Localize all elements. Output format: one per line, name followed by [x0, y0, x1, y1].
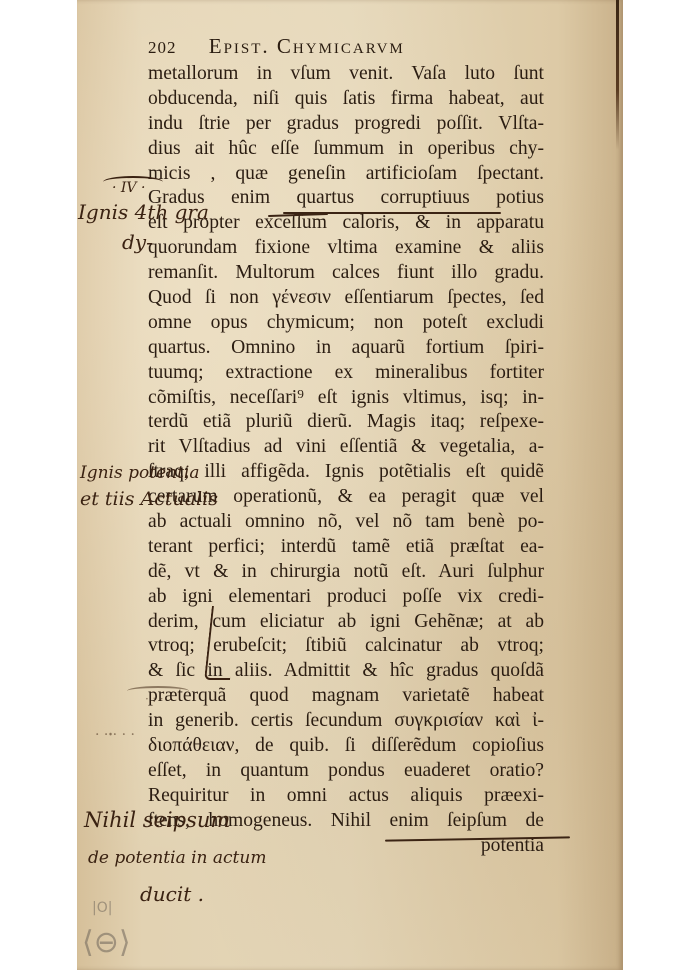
- text-line: remanſit. Multorum calces fiunt illo gra…: [148, 261, 544, 286]
- text-line: micis , quæ geneſin artificioſam ſpectan…: [148, 162, 544, 187]
- text-line: Requiritur in omni actus aliquis præexi-: [148, 784, 544, 809]
- library-stamp-icon: ⟨⊖⟩: [82, 925, 131, 960]
- text-line: indu ſtrie per gradus progredi poſſit. V…: [148, 112, 544, 137]
- text-line: cõmiſtis, neceſſari⁹ eſt ignis vltimus, …: [148, 386, 544, 411]
- text-line: ab actuali omnino nõ, vel nõ tam benè po…: [148, 510, 544, 535]
- page-number: 202: [148, 38, 177, 57]
- text-line: eſſet, in quantum pondus euaderet oratio…: [148, 759, 544, 784]
- margin-numeral: · IV ·: [112, 180, 145, 196]
- margin-note-ignis-gradus-cont: dy-: [122, 230, 153, 254]
- text-line: ab igni elementari produci poſſe vix cre…: [148, 585, 544, 610]
- margin-note-ducit: ducit .: [140, 882, 204, 906]
- text-line: διοπάθειαν, de quib. ſi diſſerẽdum copio…: [148, 734, 544, 759]
- text-line: in generib. certis ſecundum συγκρισίαν κ…: [148, 709, 544, 734]
- text-line: derim, cum eliciatur ab igni Gehẽnæ; at …: [148, 610, 544, 635]
- text-line: metallorum in vſum venit. Vaſa luto ſunt: [148, 62, 544, 87]
- text-line: terant perfici; interdũ tamẽ etiã præſta…: [148, 535, 544, 560]
- text-line: terdũ etiã pluriũ dierũ. Magis itaq; reſ…: [148, 410, 544, 435]
- text-line: rit Vlſtadius ad vini eſſentiã & vegetal…: [148, 435, 544, 460]
- text-line: ſtraq; illi affigẽda. Ignis potẽtialis e…: [148, 460, 544, 485]
- text-line: quartus. Omnino in aquarũ fortium ſpiri-: [148, 336, 544, 361]
- text-line: tuumq; extractione ex mineralibus fortit…: [148, 361, 544, 386]
- text-line: Quod ſi non γένεσιν eſſentiarum ſpectes,…: [148, 286, 544, 311]
- faint-note: · ꞉ ·: [145, 692, 164, 707]
- text-line: dius ait hûc eſſe ſummum in operibus chy…: [148, 137, 544, 162]
- faint-note: · ·ꞏ· · ·: [95, 725, 135, 744]
- margin-note-nihil-seipsum: Nihil seipsum: [84, 808, 230, 832]
- text-line: præterquã quod magnam varietatẽ habeat: [148, 684, 544, 709]
- running-head: Epist. Chymicarvm: [209, 34, 405, 58]
- text-line: obducenda, niſi quis ſatis firma habeat,…: [148, 87, 544, 112]
- margin-note-de-potentia: de potentia in actum: [88, 848, 266, 868]
- text-line: dẽ, vt & in chirurgia notũ eſt. Auri ſul…: [148, 560, 544, 585]
- binding-edge: [616, 0, 619, 150]
- margin-note-actualis: et tiis Actualis: [80, 488, 218, 510]
- text-line: omne opus chymicum; non poteſt excludi: [148, 311, 544, 336]
- margin-note-ignis-potentia: Ignis potentia: [80, 463, 199, 483]
- page-header: 202 Epist. Chymicarvm: [148, 34, 548, 59]
- body-text: metallorum in vſum venit. Vaſa luto ſunt…: [148, 62, 544, 859]
- library-stamp-icon: |O|: [92, 900, 112, 916]
- margin-note-ignis-gradus: Ignis 4th gra: [78, 200, 209, 224]
- text-line: quorundam fixione vltima examine & aliis: [148, 236, 544, 261]
